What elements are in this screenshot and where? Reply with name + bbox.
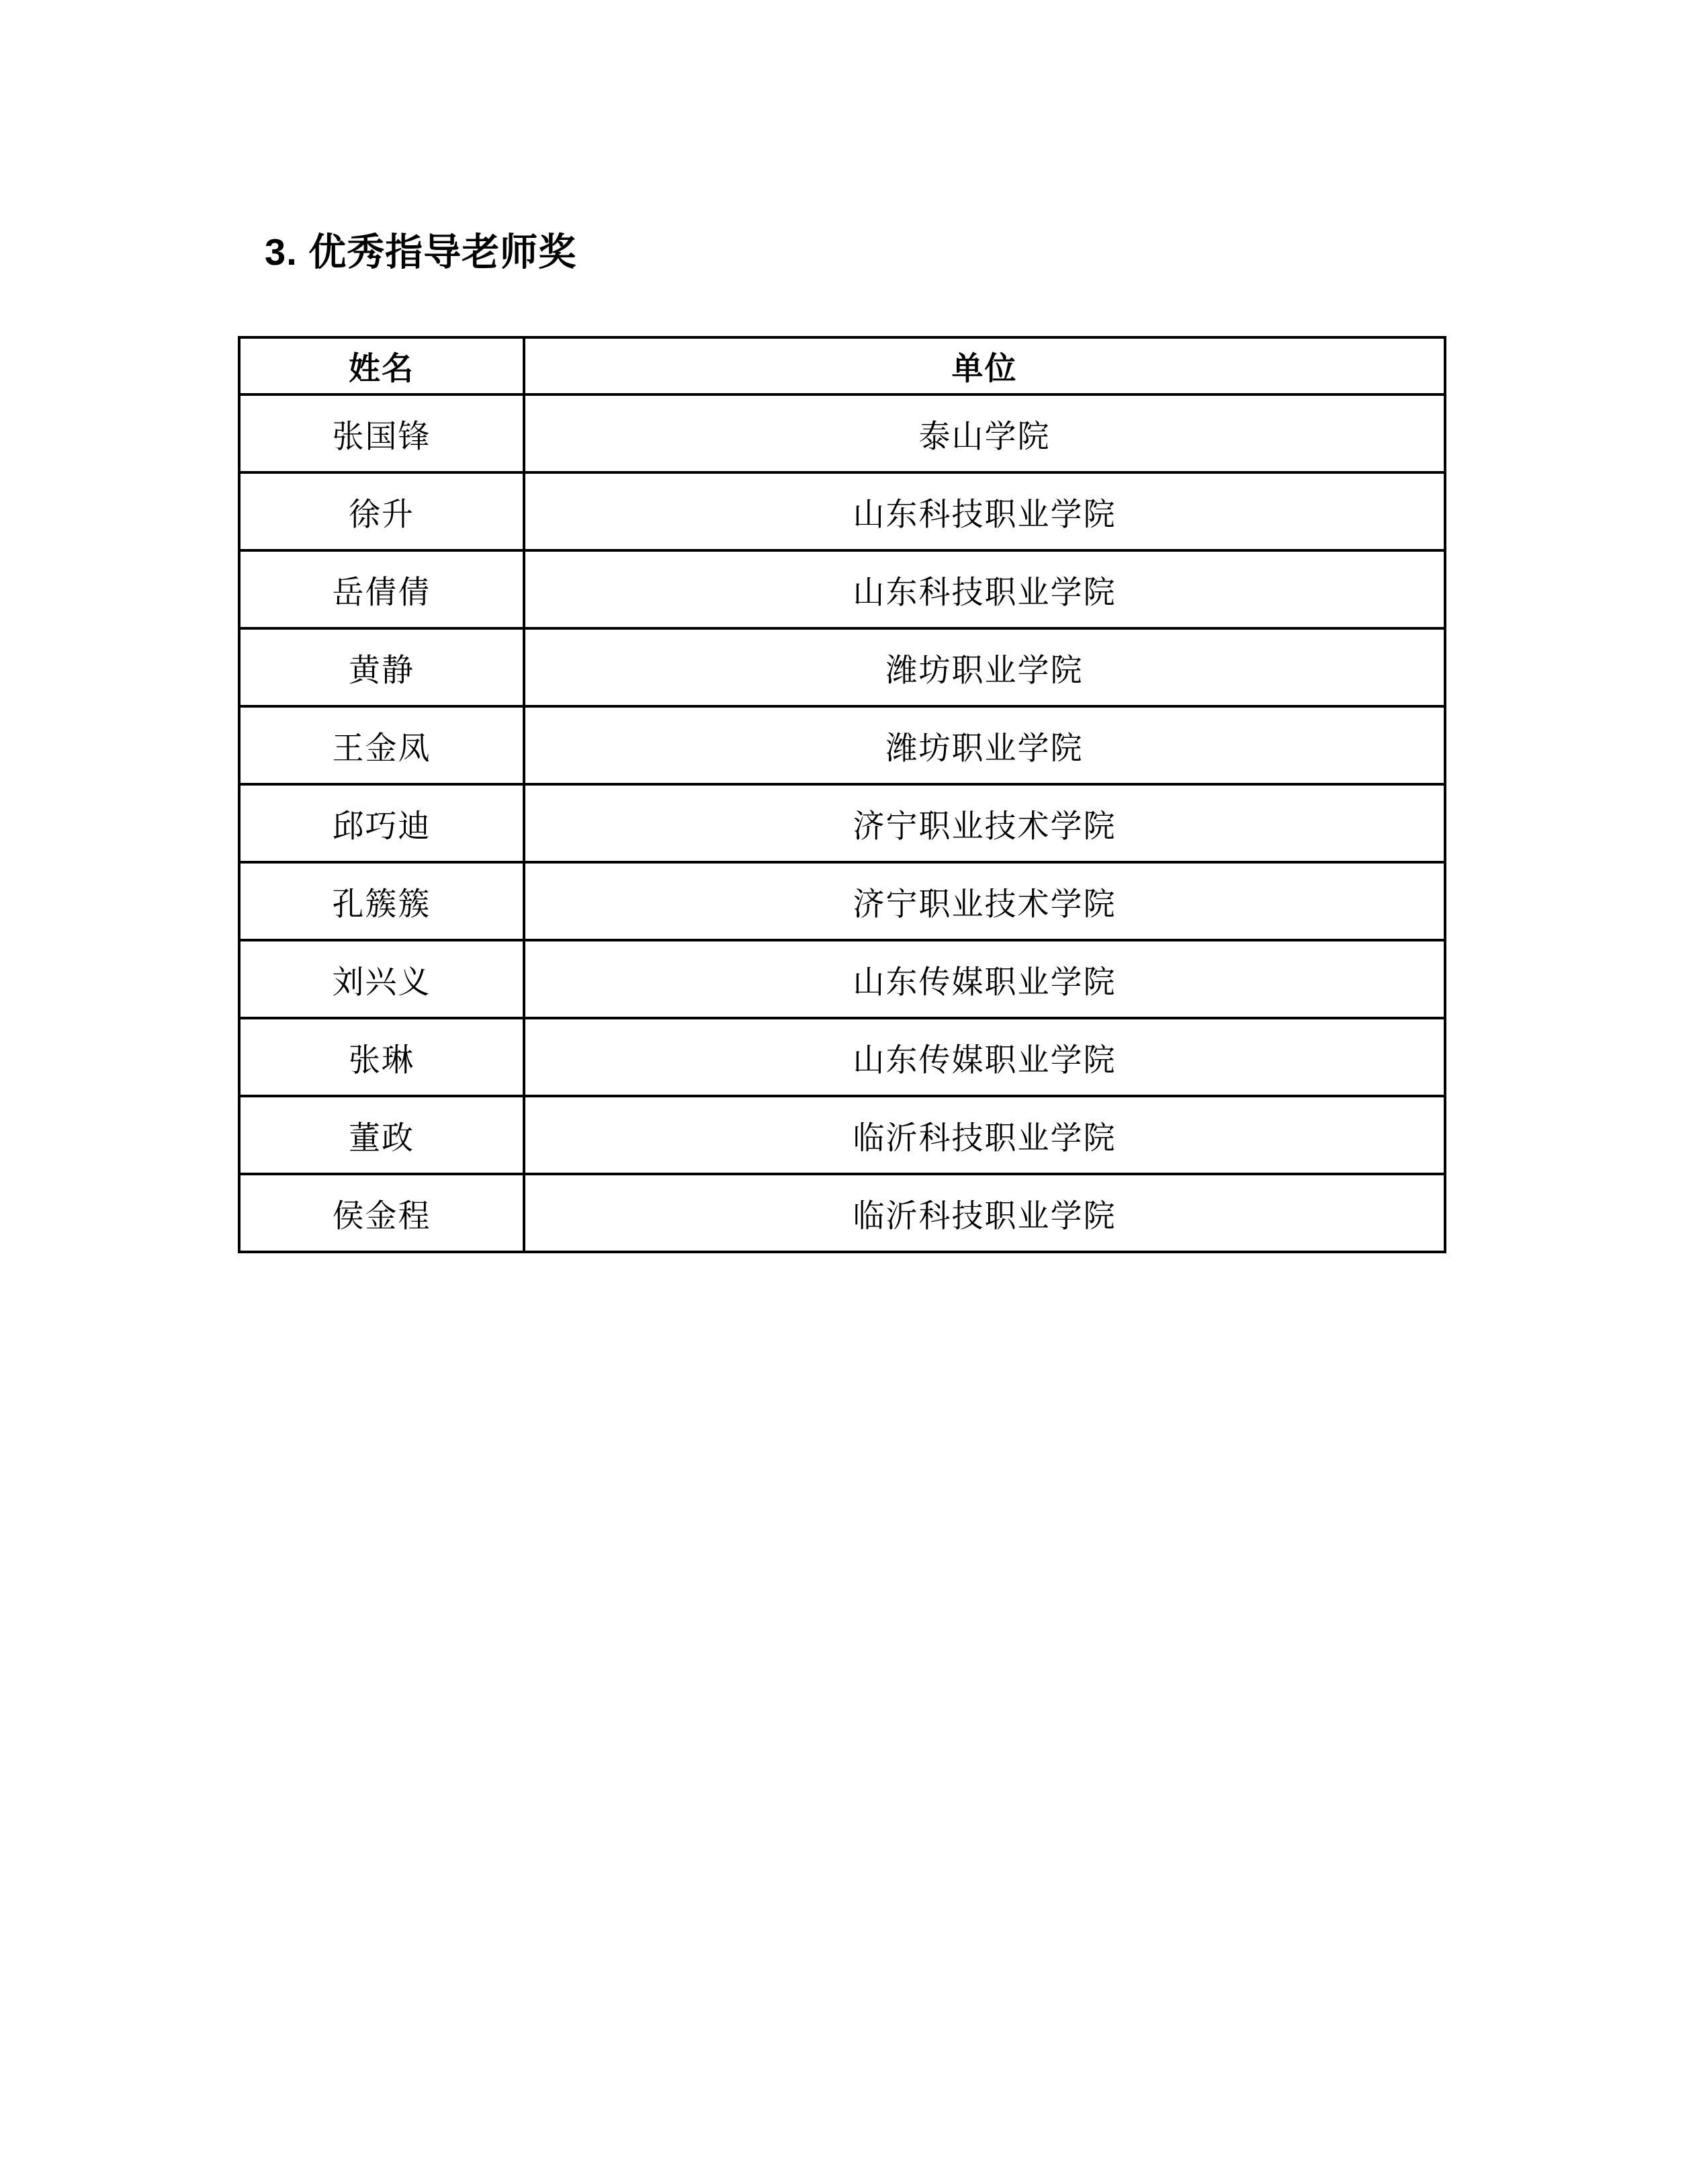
- table-row: 刘兴义 山东传媒职业学院: [239, 940, 1445, 1018]
- name-cell: 张琳: [239, 1018, 524, 1096]
- table-row: 徐升 山东科技职业学院: [239, 472, 1445, 550]
- table-row: 黄静 潍坊职业学院: [239, 628, 1445, 706]
- name-cell: 岳倩倩: [239, 550, 524, 628]
- name-cell: 王金凤: [239, 706, 524, 784]
- table-row: 岳倩倩 山东科技职业学院: [239, 550, 1445, 628]
- name-cell: 侯金程: [239, 1174, 524, 1252]
- table-row: 张琳 山东传媒职业学院: [239, 1018, 1445, 1096]
- name-cell: 刘兴义: [239, 940, 524, 1018]
- unit-cell: 山东科技职业学院: [524, 550, 1445, 628]
- unit-cell: 泰山学院: [524, 394, 1445, 472]
- award-table: 姓名 单位 张国锋 泰山学院 徐升 山东科技职业学院 岳倩倩 山东科技职业学院 …: [238, 336, 1446, 1253]
- column-header-name: 姓名: [239, 337, 524, 394]
- unit-cell: 潍坊职业学院: [524, 706, 1445, 784]
- table-row: 侯金程 临沂科技职业学院: [239, 1174, 1445, 1252]
- unit-cell: 潍坊职业学院: [524, 628, 1445, 706]
- name-cell: 黄静: [239, 628, 524, 706]
- table-row: 邱巧迪 济宁职业技术学院: [239, 784, 1445, 862]
- unit-cell: 临沂科技职业学院: [524, 1174, 1445, 1252]
- table-row: 张国锋 泰山学院: [239, 394, 1445, 472]
- unit-cell: 山东传媒职业学院: [524, 1018, 1445, 1096]
- table-row: 王金凤 潍坊职业学院: [239, 706, 1445, 784]
- unit-cell: 济宁职业技术学院: [524, 862, 1445, 940]
- unit-cell: 山东科技职业学院: [524, 472, 1445, 550]
- table-row: 董政 临沂科技职业学院: [239, 1096, 1445, 1174]
- name-cell: 董政: [239, 1096, 524, 1174]
- unit-cell: 济宁职业技术学院: [524, 784, 1445, 862]
- column-header-unit: 单位: [524, 337, 1445, 394]
- name-cell: 邱巧迪: [239, 784, 524, 862]
- section-heading: 3. 优秀指导老师奖: [265, 231, 576, 273]
- table-header-row: 姓名 单位: [239, 337, 1445, 394]
- name-cell: 张国锋: [239, 394, 524, 472]
- name-cell: 徐升: [239, 472, 524, 550]
- table-row: 孔簇簇 济宁职业技术学院: [239, 862, 1445, 940]
- unit-cell: 临沂科技职业学院: [524, 1096, 1445, 1174]
- unit-cell: 山东传媒职业学院: [524, 940, 1445, 1018]
- name-cell: 孔簇簇: [239, 862, 524, 940]
